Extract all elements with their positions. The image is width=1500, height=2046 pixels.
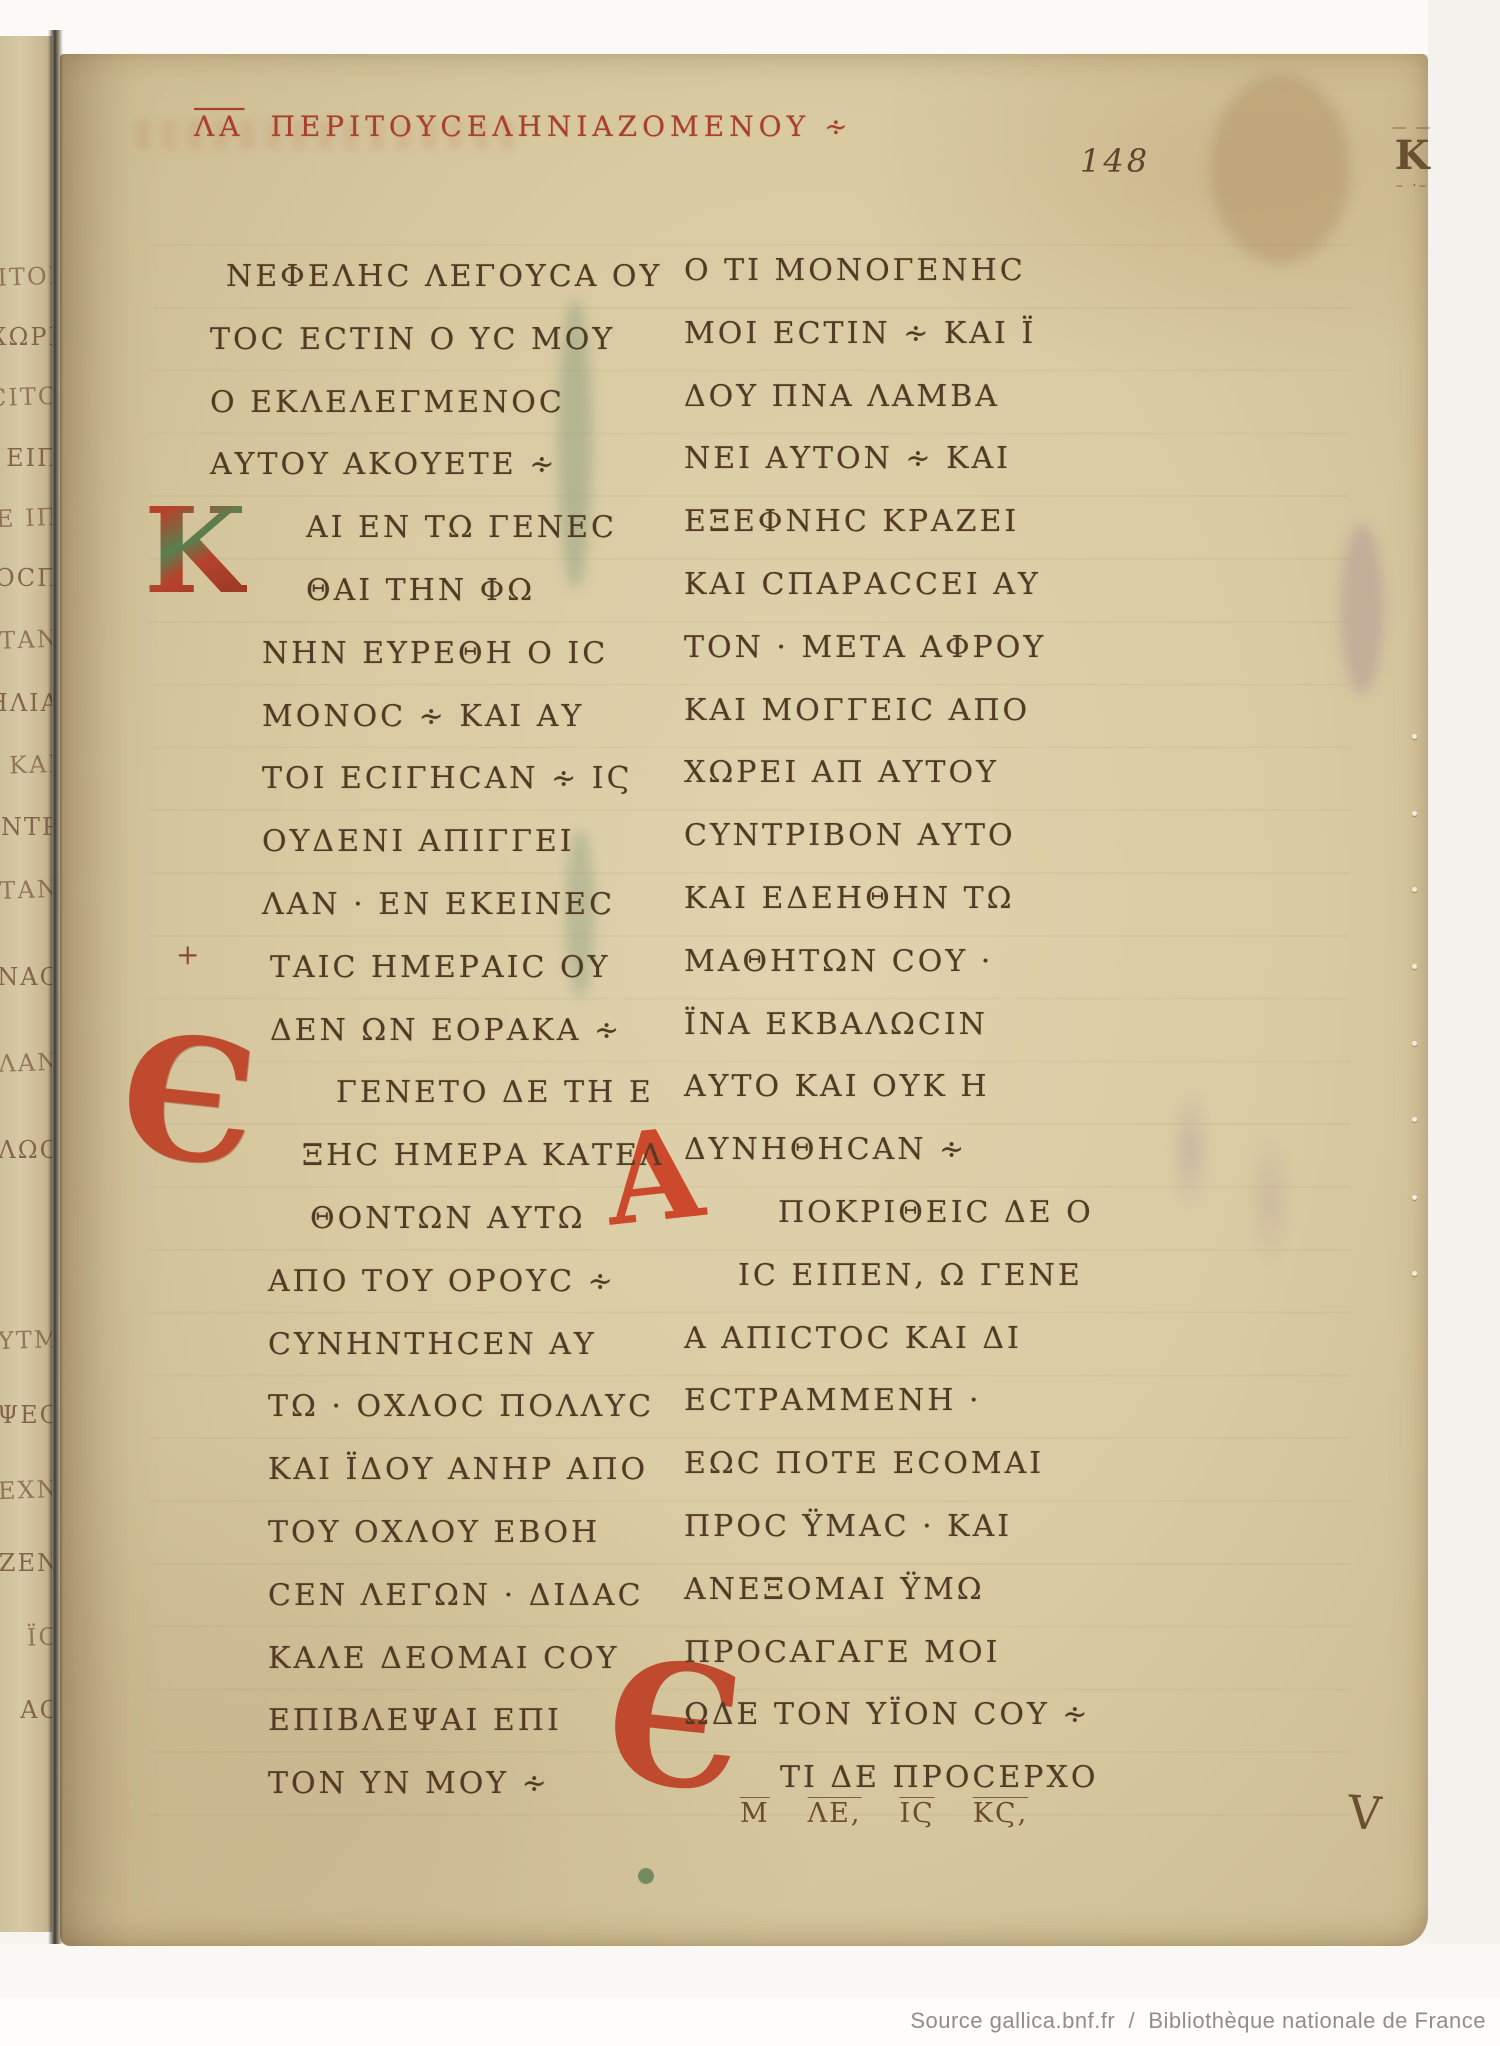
scan-background-top (0, 0, 1500, 54)
text-line: ΜΟΝΟϹ ∻ ΚΑΙ ΑΥ (210, 686, 655, 749)
bleedthrough-text-fragment: Ι ΚΑΙ (0, 750, 52, 780)
text-line: ΚΑΙ ΜΟΓΓΕΙϹ ΑΠΟ (684, 680, 1129, 743)
text-line: ϹΥΝΤΡΙΒΟΝ ΑΥΤΟ (684, 805, 1129, 868)
canon-reference: ΙϚ (899, 1798, 934, 1829)
brown-stain (1210, 74, 1350, 264)
text-line: ΚΑΙ ΕΔΕΗΘΗΝ ΤΩ (684, 868, 1129, 931)
kephalaion-title-text: ΠΕΡΙΤΟΥϹΕΛΗΝΙΑΖΟΜΕΝΟΥ (270, 110, 810, 143)
text-line: ΔΟΥ ΠΝΑ ΛΑΜΒΑ (684, 366, 1129, 429)
pricking-hole (1412, 811, 1417, 816)
pricking-hole (1412, 1041, 1417, 1046)
text-line: ΜΟΙ ΕϹΤΙΝ ∻ ΚΑΙ Ϊ (684, 303, 1129, 366)
bleedthrough-text-fragment: ΑΤΑΝ (0, 625, 52, 656)
text-line: ΑΠΟ ΤΟΥ ΟΡΟΥϹ ∻ (210, 1251, 655, 1314)
text-line: ΕΠΙΒΛΕΨΑΙ ΕΠΙ (210, 1690, 655, 1753)
pricking-hole (1412, 1271, 1417, 1276)
text-line: ΠΡΟϹΑΓΑΓΕ ΜΟΙ (684, 1622, 1129, 1685)
text-line: Ο ΤΙ ΜΟΝΟΓΕΝΗϹ (684, 240, 1129, 303)
manuscript-page: ΛΑΠΕΡΙΤΟΥϹΕΛΗΝΙΑΖΟΜΕΝΟΥ∻ 148 — — Κ – ·– … (60, 54, 1428, 1946)
marginal-cross-mark: + (176, 938, 199, 971)
bleedthrough-text-fragment: ΥΤΜ (0, 1325, 52, 1355)
margin-dash-marks: – ·– (1382, 178, 1442, 192)
pricking-hole (1412, 734, 1417, 739)
bleedthrough-text-fragment: ΙΤΑΝ (0, 875, 52, 905)
kephalaion-title: ΛΑΠΕΡΙΤΟΥϹΕΛΗΝΙΑΖΟΜΕΝΟΥ∻ (194, 110, 853, 143)
bleedthrough-text-fragment: ΕΧΝ (0, 1475, 52, 1505)
text-line: ΧΩΡΕΙ ΑΠ ΑΥΤΟΥ (684, 742, 1129, 805)
quire-mark: V (1346, 1785, 1383, 1841)
kephalaion-number: ΛΑ (194, 110, 244, 143)
bleedthrough-text-fragment: ΝΗΛΙΑ (0, 689, 52, 717)
text-line: ΟΥΔΕΝΙ ΑΠΙΓΓΕΙ (210, 811, 655, 874)
purple-stain (1340, 524, 1384, 694)
text-line: ΑΝΕΞΟΜΑΙ ΫΜΩ (684, 1559, 1129, 1622)
text-line: ΤΟΥ ΟΧΛΟΥ ΕΒΟΗ (210, 1502, 655, 1565)
bleedthrough-text-fragment: Ε ΙΠ (0, 503, 52, 533)
bleedthrough-text-fragment: ΙΛΑΝ (0, 1048, 52, 1079)
text-line: ΚΑΙ ΪΔΟΥ ΑΝΗΡ ΑΠΟ (210, 1439, 655, 1502)
text-line: ΞΗϹ ΗΜΕΡΑ ΚΑΤΕΛ (210, 1125, 655, 1188)
initial-ornament-dot (638, 1868, 654, 1884)
bleedthrough-text-fragment: ΙΖΕΝ (0, 1549, 52, 1577)
text-line: ΔΕΝ ΩΝ ΕΟΡΑΚΑ ∻ (210, 1000, 655, 1063)
text-line: ΕΩϹ ΠΟΤΕ ΕϹΟΜΑΙ (684, 1433, 1129, 1496)
text-line: ΛΑΝ · ΕΝ ΕΚΕΙΝΕϹ (210, 874, 655, 937)
bleedthrough-text-fragment: ΗΒΛΩϹ (0, 1136, 52, 1164)
bleedthrough-ghost-letters (1150, 1059, 1340, 1319)
pricking-hole (1412, 1195, 1417, 1200)
rubric-terminal-mark: ∻ (824, 110, 852, 143)
manuscript-scan: ΕΙΤΟΙΧΩΡΙϹΙΤΟΕΙΠΕ ΙΠΠΡΟϹΠΑΤΑΝΝΗΛΙΑΙ ΚΑΙΕ… (0, 0, 1500, 2046)
source-credit-text: Source gallica.bnf.fr / Bibliothèque nat… (910, 2008, 1486, 2034)
text-column-left: ΝΕΦΕΛΗϹ ΛΕΓΟΥϹΑ ΟΥΤΟϹ ΕϹΤΙΝ Ο ΥϹ ΜΟΥΟ ΕΚ… (210, 246, 655, 1816)
canon-reference: ΛΕ, (808, 1798, 862, 1829)
right-margin-marks: — — Κ – ·– (1382, 120, 1442, 192)
binding-gutter-shadow (48, 30, 63, 1944)
text-line: ΝΕΦΕΛΗϹ ΛΕΓΟΥϹΑ ΟΥ (210, 246, 655, 309)
bleedthrough-text-fragment: ΕΝΤΡ (0, 813, 52, 841)
text-line: ΔΥΝΗΘΗϹΑΝ ∻ (684, 1119, 1129, 1182)
bleedthrough-text-fragment: ϹΨΕϹ (0, 1401, 52, 1429)
text-line: ΑΥΤΟΥ ΑΚΟΥΕΤΕ ∻ (210, 434, 655, 497)
text-line: ϹΕΝ ΛΕΓΩΝ · ΔΙΔΑϹ (210, 1565, 655, 1628)
text-line: ϹΥΝΗΝΤΗϹΕΝ ΑΥ (210, 1314, 655, 1377)
text-line: ΘΟΝΤΩΝ ΑΥΤΩ (210, 1188, 655, 1251)
pricking-hole (1412, 887, 1417, 892)
text-line: ΘΑΙ ΤΗΝ ΦΩ (210, 560, 655, 623)
pricking-hole (1412, 1117, 1417, 1122)
text-line: ΤΑΙϹ ΗΜΕΡΑΙϹ ΟΥ (210, 937, 655, 1000)
text-line: ΜΑΘΗΤΩΝ ϹΟΥ · (684, 931, 1129, 994)
bleedthrough-text-fragment: ϹΙΤΟ (0, 382, 52, 412)
text-line: ΤΟΙ ΕϹΙΓΗϹΑΝ ∻ ΙϚ (210, 748, 655, 811)
text-line: ΚΑΛΕ ΔΕΟΜΑΙ ϹΟΥ (210, 1628, 655, 1691)
text-line: ΠΡΟϹ ΫΜΑϹ · ΚΑΙ (684, 1496, 1129, 1559)
text-line: ΝΕΙ ΑΥΤΟΝ ∻ ΚΑΙ (684, 428, 1129, 491)
scan-background-right (1428, 0, 1500, 2046)
eusebian-canon-note: ΜΛΕ,ΙϚΚϚ, (740, 1798, 1066, 1829)
text-line: ΕϹΤΡΑΜΜΕΝΗ · (684, 1370, 1129, 1433)
facing-page-edge: ΕΙΤΟΙΧΩΡΙϹΙΤΟΕΙΠΕ ΙΠΠΡΟϹΠΑΤΑΝΝΗΛΙΑΙ ΚΑΙΕ… (0, 36, 52, 1932)
text-line: Α ΑΠΙϹΤΟϹ ΚΑΙ ΔΙ (684, 1308, 1129, 1371)
margin-dash-marks: — — (1382, 120, 1442, 134)
text-line: ΤΟΝ · ΜΕΤΑ ΑΦΡΟΥ (684, 617, 1129, 680)
bleedthrough-text-fragment: ΕΙΠ (6, 444, 52, 472)
text-line: ΚΑΙ ϹΠΑΡΑϹϹΕΙ ΑΥ (684, 554, 1129, 617)
text-line: Ο ΕΚΛΕΛΕΓΜΕΝΟϹ (210, 372, 655, 435)
bleedthrough-text-fragment: ΧΩΡΙ (0, 323, 52, 351)
text-line: ΤΟϹ ΕϹΤΙΝ Ο ΥϹ ΜΟΥ (210, 309, 655, 372)
canon-reference: Μ (740, 1798, 770, 1829)
canon-reference: ΚϚ, (973, 1798, 1028, 1829)
text-column-right: Ο ΤΙ ΜΟΝΟΓΕΝΗϹΜΟΙ ΕϹΤΙΝ ∻ ΚΑΙ ΪΔΟΥ ΠΝΑ Λ… (684, 240, 1129, 1810)
text-line: ΑΥΤΟ ΚΑΙ ΟΥΚ Η (684, 1056, 1129, 1119)
text-line: ΩΔΕ ΤΟΝ ΥΪΟΝ ϹΟΥ ∻ (684, 1684, 1129, 1747)
text-line: ΤΩ · ΟΧΛΟϹ ΠΟΛΛΥϹ (210, 1376, 655, 1439)
text-line: ΤΟΝ ΥΝ ΜΟΥ ∻ (210, 1753, 655, 1816)
text-line: ΙϹ ΕΙΠΕΝ, Ω ΓΕΝΕ (684, 1245, 1129, 1308)
text-line: ΓΕΝΕΤΟ ΔΕ ΤΗ Ε (210, 1062, 655, 1125)
bleedthrough-text-fragment: ΕΙΤΟΙ (0, 262, 52, 293)
text-line: ΝΗΝ ΕΥΡΕΘΗ Ο ΙϹ (210, 623, 655, 686)
folio-number: 148 (1080, 142, 1150, 180)
gallica-credit-bar: Source gallica.bnf.fr / Bibliothèque nat… (0, 1998, 1500, 2046)
text-line: ΕΞΕΦΝΗϹ ΚΡΑΖΕΙ (684, 491, 1129, 554)
margin-letter: Κ (1382, 134, 1442, 178)
text-line: ΑΙ ΕΝ ΤΩ ΓΕΝΕϹ (210, 497, 655, 560)
pricking-hole (1412, 964, 1417, 969)
bleedthrough-text-fragment: ΠΡΟϹΠ (0, 564, 52, 592)
text-line: ΪΝΑ ΕΚΒΑΛΩϹΙΝ (684, 994, 1129, 1057)
text-line: ΠΟΚΡΙΘΕΙϹ ΔΕ Ο (684, 1182, 1129, 1245)
bleedthrough-text-fragment: ΑΝΑϹ (0, 963, 52, 991)
